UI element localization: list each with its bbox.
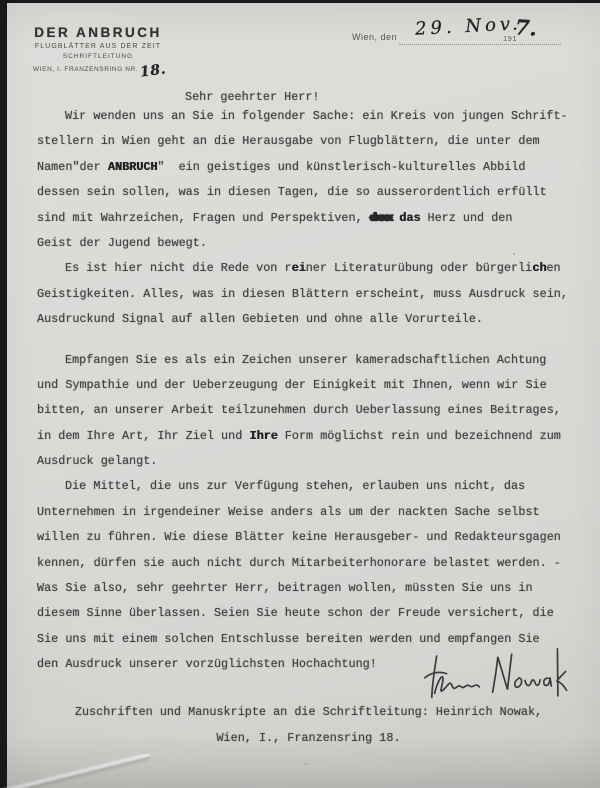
typewritten-text: bitten, an unserer Arbeit teilzunehmen d… (37, 403, 561, 417)
typewritten-text: ner Literaturübung oder bürgerli (306, 261, 533, 275)
letter-line: Wir wenden uns an Sie in folgender Sache… (37, 104, 589, 129)
letterhead-department: SCHRIFTLEITUNG (33, 53, 163, 60)
overtyped-text: das (399, 211, 420, 225)
letter-line: kennen, dürfen sie auch nicht durch Mita… (37, 551, 589, 576)
letter-line: Geist der Jugend bewegt. (37, 231, 589, 256)
typewritten-text: Geistigkeiten. Alles, was in diesen Blät… (37, 287, 568, 301)
dateline-printed: Wien, den (352, 32, 397, 42)
letterhead-title: DER ANBRUCH (33, 25, 163, 40)
typewritten-text: Ausdruckund Signal auf allen Gebieten un… (37, 312, 483, 326)
typewritten-text: dessen sein sollen, was in diesen Tagen,… (37, 185, 547, 199)
typewritten-text: Ausdruck gelangt. (37, 454, 157, 468)
footer-line-2: Wien, I., Franzensring 18. (17, 725, 600, 751)
letter-line: Die Mittel, die uns zur Verfügung stehen… (37, 474, 589, 499)
footer-line-1: Zuschriften und Manuskripte an die Schri… (17, 699, 600, 725)
typewritten-text: kennen, dürfen sie auch nicht durch Mita… (37, 556, 561, 570)
letter-line: Ausdruckund Signal auf allen Gebieten un… (37, 307, 589, 332)
letterhead: DER ANBRUCH FLUGBLÄTTER AUS DER ZEIT SCH… (33, 25, 163, 79)
letter-line: diesem Sinne überlassen. Seien Sie heute… (37, 601, 589, 626)
overtyped-text: ch (532, 261, 546, 275)
letterhead-address-text: WIEN, I. FRANZENSRING NR. (33, 66, 138, 73)
letter-line: Ausdruck gelangt. (37, 449, 589, 474)
typewritten-text: Es ist hier nicht die Rede von r (65, 261, 292, 275)
overtyped-text: ANBRUCH (108, 160, 158, 174)
paragraph: Empfangen Sie es als ein Zeichen unserer… (37, 348, 589, 475)
typewritten-text: willen zu führen. Wie diese Blätter kein… (37, 530, 561, 544)
typewritten-text: stellern in Wien geht an die Herausgabe … (37, 134, 540, 148)
letter-page: DER ANBRUCH FLUGBLÄTTER AUS DER ZEIT SCH… (7, 3, 600, 788)
paper-crease (0, 754, 152, 788)
typewritten-text: Herz und den (420, 211, 512, 225)
letter-line: Was Sie also, sehr geehrter Herr, beitra… (37, 576, 589, 601)
letter-line: Geistigkeiten. Alles, was in diesen Blät… (37, 282, 589, 307)
paragraph: Wir wenden uns an Sie in folgender Sache… (37, 104, 589, 256)
letter-line: Empfangen Sie es als ein Zeichen unserer… (37, 348, 589, 373)
typewritten-text: " ein geistiges und künstlerisch-kulture… (157, 160, 525, 174)
letter-line: dessen sein sollen, was in diesen Tagen,… (37, 180, 589, 205)
letter-body: Wir wenden uns an Sie in folgender Sache… (37, 104, 589, 678)
letter-line: Namen"der ANBRUCH" ein geistiges und kün… (37, 155, 589, 180)
typewritten-text: Namen"der (37, 160, 108, 174)
typewritten-text: den Ausdruck unserer vorzüglichsten Hoch… (37, 657, 377, 671)
letter-line: und Sympathie und der Ueberzeugung der E… (37, 373, 589, 398)
overtyped-text: dxxx (370, 211, 392, 225)
scan-speck (304, 763, 307, 765)
letter-line: Es ist hier nicht die Rede von reiner Li… (37, 256, 589, 281)
letter-line: bitten, an unserer Arbeit teilzunehmen d… (37, 398, 589, 423)
scan-speck (505, 187, 507, 189)
typewritten-text: diesem Sinne überlassen. Seien Sie heute… (37, 606, 554, 620)
typewritten-text: und Sympathie und der Ueberzeugung der E… (37, 378, 547, 392)
letterhead-handwritten-number: 18. (139, 61, 167, 80)
letter-line: Unternehmen in irgendeiner Weise anders … (37, 500, 589, 525)
typewritten-text: Sie uns mit einem solchen Entschlusse be… (37, 632, 540, 646)
letter-line: willen zu führen. Wie diese Blätter kein… (37, 525, 589, 550)
typewritten-text: en (546, 261, 560, 275)
typewritten-text: sind mit Wahrzeichen, Fragen und Perspek… (37, 211, 370, 225)
typewritten-text: in dem Ihre Art, Ihr Ziel und (37, 429, 249, 443)
footer: Zuschriften und Manuskripte an die Schri… (7, 699, 600, 751)
letter-line: stellern in Wien geht an die Herausgabe … (37, 129, 589, 154)
overtyped-text: ei (292, 261, 306, 275)
letter-line: in dem Ihre Art, Ihr Ziel und Ihre Form … (37, 424, 589, 449)
paragraph: Es ist hier nicht die Rede von reiner Li… (37, 256, 589, 332)
dateline-rule (399, 44, 561, 45)
typewritten-text: Wir wenden uns an Sie in folgender Sache… (65, 109, 568, 123)
overtyped-text: Ihre (249, 429, 277, 443)
scan-speck (513, 253, 515, 255)
typewritten-text: Geist der Jugend bewegt. (37, 236, 207, 250)
typewritten-text: Empfangen Sie es als ein Zeichen unserer… (65, 353, 546, 367)
letterhead-subtitle: FLUGBLÄTTER AUS DER ZEIT (33, 43, 163, 50)
typewritten-text: Was Sie also, sehr geehrter Herr, beitra… (37, 581, 533, 595)
typewritten-text: Die Mittel, die uns zur Verfügung stehen… (65, 479, 525, 493)
letter-line: sind mit Wahrzeichen, Fragen und Perspek… (37, 206, 589, 231)
letterhead-address: WIEN, I. FRANZENSRING NR.18. (33, 63, 163, 79)
typewritten-text: Form möglichst rein und bezeichnend zum (278, 429, 561, 443)
handwritten-year-digit: 7. (514, 14, 538, 40)
typewritten-text: Unternehmen in irgendeiner Weise anders … (37, 505, 540, 519)
